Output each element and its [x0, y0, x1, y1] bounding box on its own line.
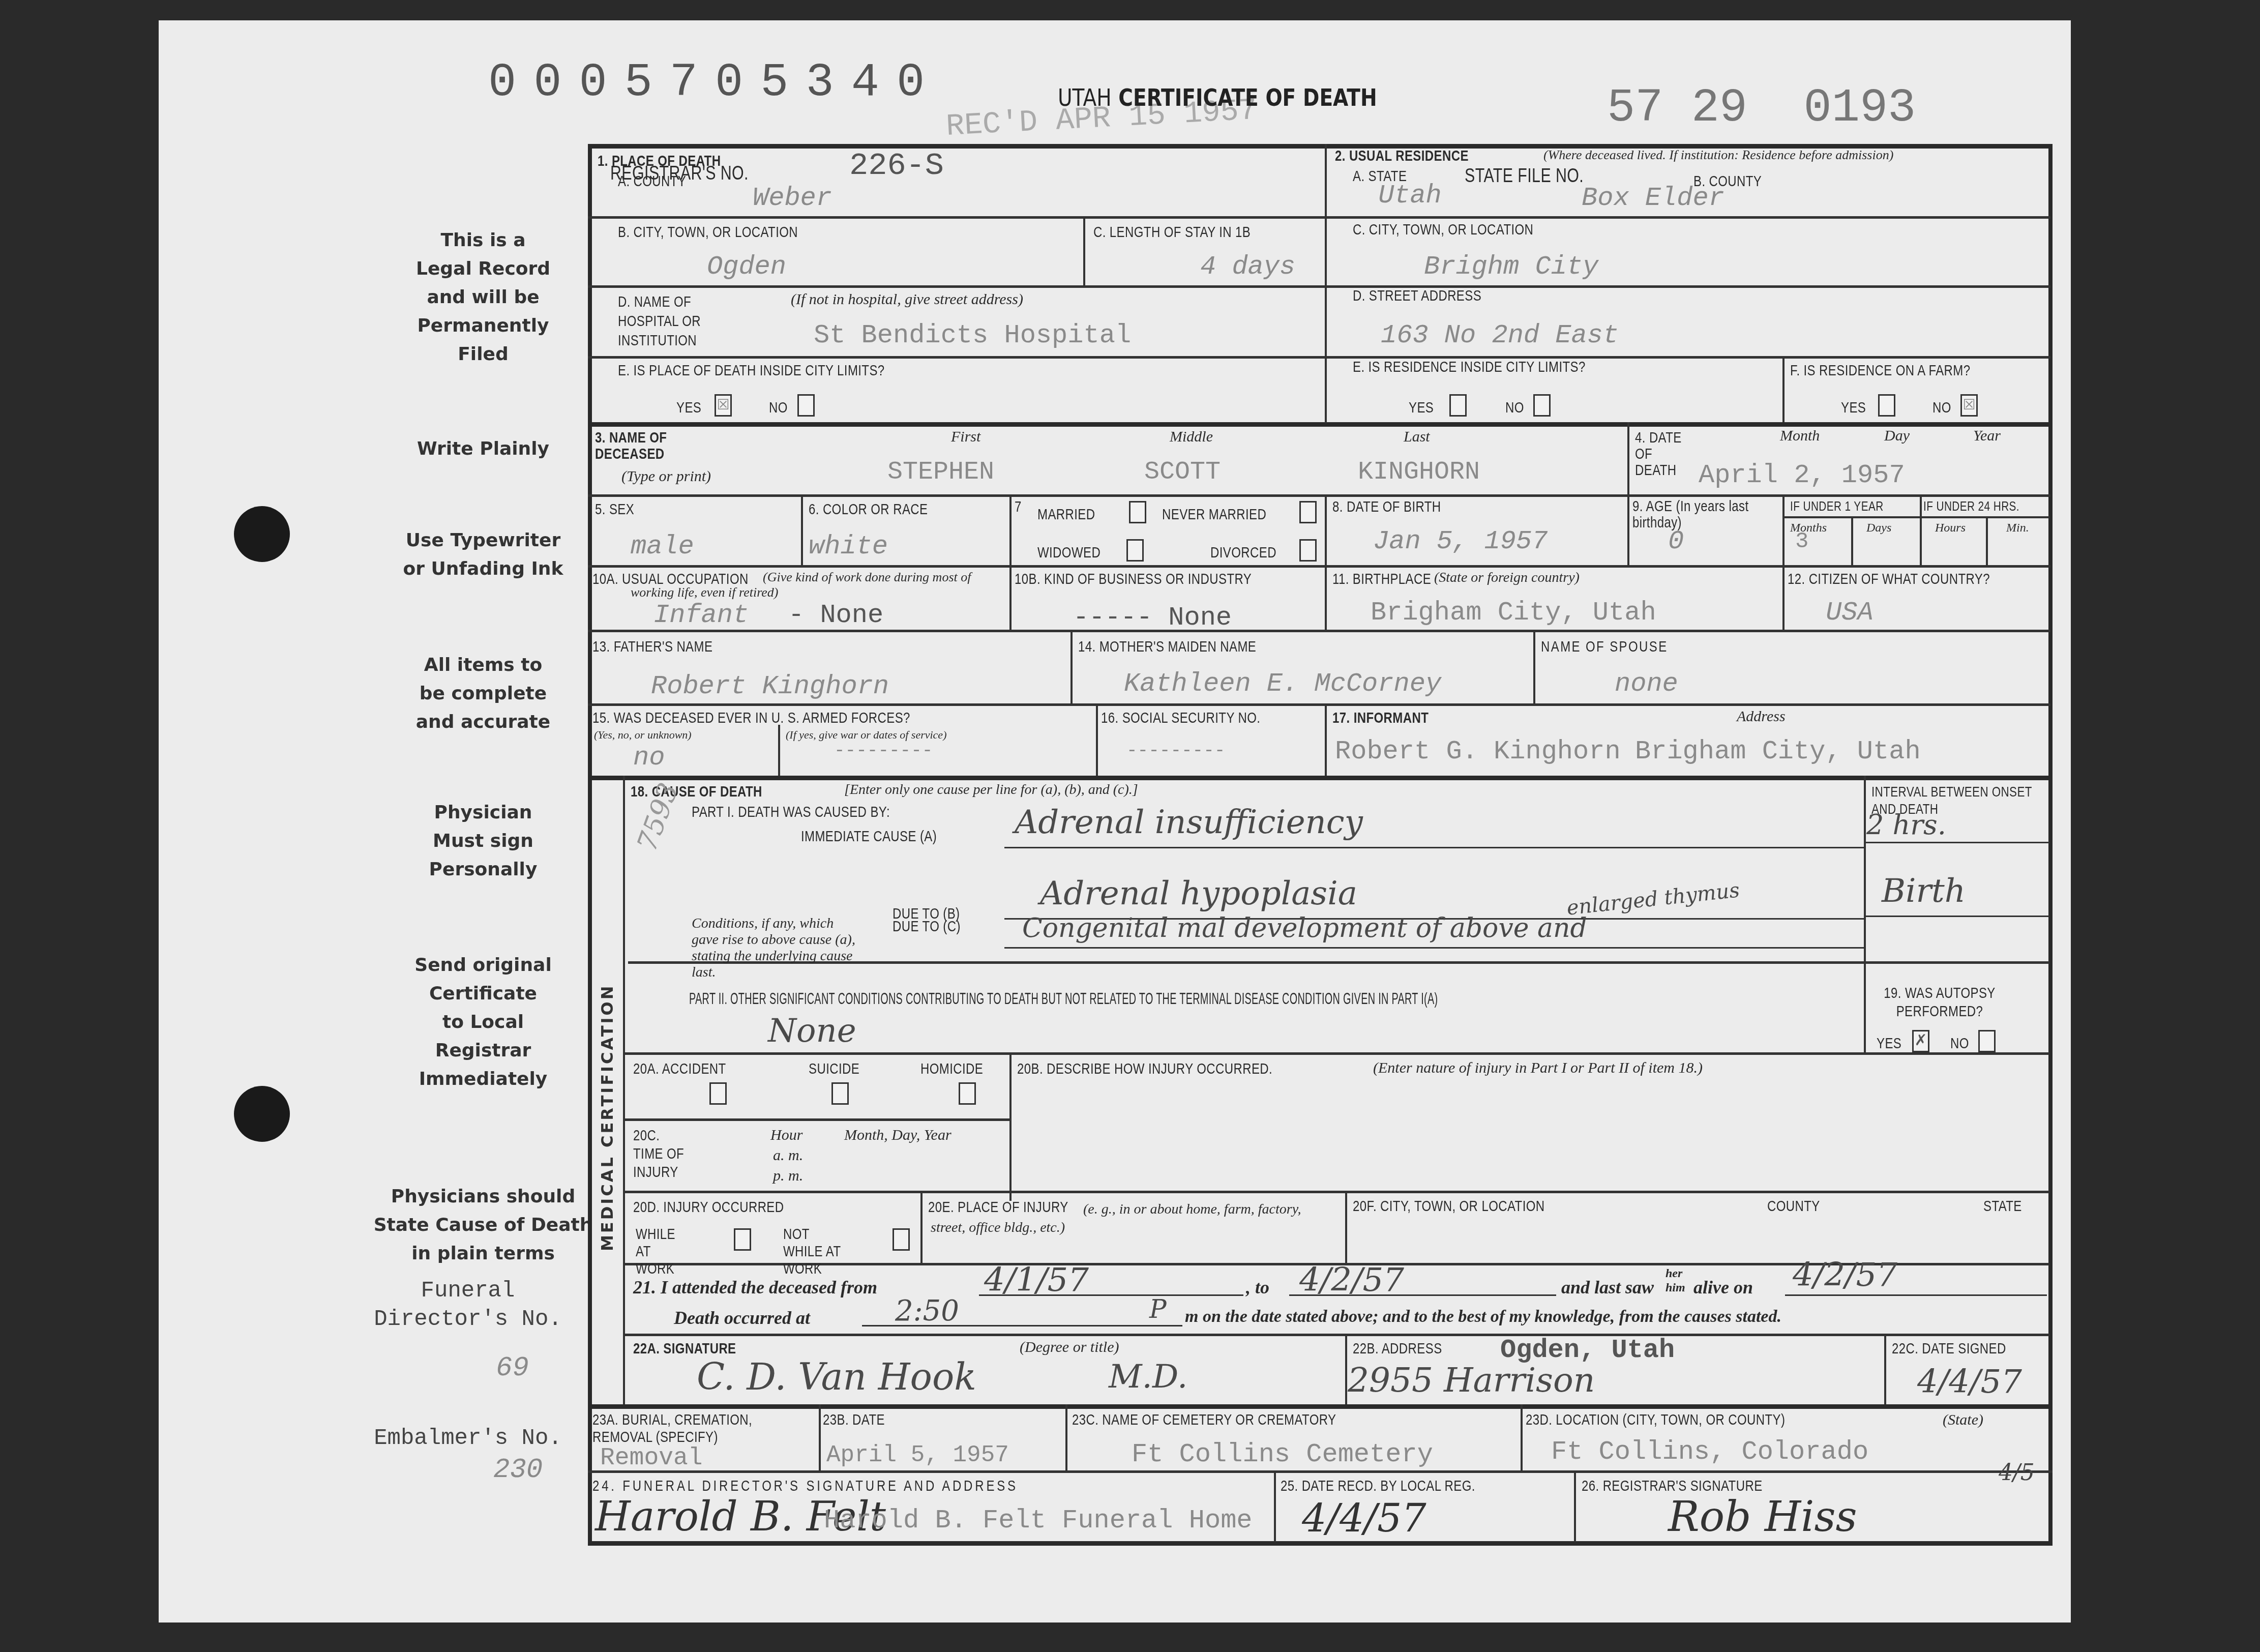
usual-residence-note: (Where deceased lived. If institution: R… — [1543, 147, 1893, 163]
informant-name: Robert G. Kinghorn — [1335, 736, 1621, 766]
am-label: a. m. — [773, 1147, 803, 1164]
ssn: --------- — [1126, 740, 1225, 761]
date-of-death-label: 4. DATE OF DEATH — [1635, 430, 1684, 479]
col-line — [1096, 703, 1098, 776]
part2-label: PART II. OTHER SIGNIFICANT CONDITIONS CO… — [689, 989, 1438, 1008]
place-of-death-label: 1. PLACE OF DEATH — [598, 153, 721, 169]
col-line — [1325, 144, 1327, 423]
col-line — [1533, 630, 1535, 703]
never-married-label: NEVER MARRIED — [1162, 506, 1266, 523]
inside-city-no-label: NO — [769, 399, 788, 417]
birthplace-label: 11. BIRTHPLACE — [1332, 571, 1431, 588]
col-line — [920, 1191, 923, 1263]
while-work-checkbox[interactable] — [734, 1228, 751, 1251]
under-24hr-label: IF UNDER 24 HRS. — [1923, 498, 2019, 514]
death-statement: m on the date stated above; and to the b… — [1185, 1307, 1781, 1326]
physician-signature: C. D. Van Hook — [697, 1355, 976, 1398]
interval-a: 2 hrs. — [1866, 809, 1946, 841]
row-line — [623, 1334, 2049, 1336]
punch-hole-top — [234, 506, 290, 562]
autopsy-label: 19. WAS AUTOPSY PERFORMED? — [1866, 984, 2013, 1021]
embalmer-no-label: Embalmer's No. — [366, 1424, 570, 1453]
title-main: CERTIFICATE OF DEATH — [1118, 84, 1377, 111]
deceased-middle: SCOTT — [1144, 458, 1221, 487]
cemetery: Ft Collins Cemetery — [1132, 1439, 1433, 1469]
attended-label: 21. I attended the deceased from — [633, 1277, 877, 1298]
divorced-checkbox[interactable] — [1299, 539, 1317, 562]
col-line — [1851, 516, 1853, 565]
col-line — [1920, 494, 1922, 565]
sex-label: 5. SEX — [595, 501, 634, 518]
row-line — [588, 565, 2050, 568]
accident-label: 20a. ACCIDENT — [633, 1060, 726, 1078]
spouse-label: NAME OF SPOUSE — [1541, 638, 1668, 656]
disposition-date-label: 23b. DATE — [823, 1411, 885, 1429]
widowed-label: WIDOWED — [1037, 544, 1101, 562]
res-inside-no-checkbox[interactable] — [1533, 394, 1551, 417]
deceased-last: KINGHORN — [1358, 458, 1480, 487]
married-label: MARRIED — [1037, 506, 1095, 523]
dob-label: 8. DATE OF BIRTH — [1332, 498, 1441, 516]
age-months: 3 — [1795, 529, 1808, 554]
age-label: 9. AGE (In years last birthday) — [1632, 498, 1750, 531]
col-line — [1009, 1052, 1012, 1201]
date-signed-label: 22c. DATE SIGNED — [1892, 1340, 2006, 1358]
race-label: 6. COLOR OR RACE — [809, 501, 928, 518]
hospital-name: St Bendicts Hospital — [814, 320, 1131, 350]
note-all-items: All items to be complete and accurate — [386, 651, 580, 736]
cemetery-label: 23c. NAME OF CEMETERY OR CREMATORY — [1072, 1411, 1336, 1429]
to-label: , to — [1246, 1277, 1269, 1298]
col-line — [1986, 516, 1988, 565]
col-line — [1864, 776, 1866, 1053]
medical-section-border — [623, 776, 625, 1406]
under-1yr-label: IF UNDER 1 YEAR — [1790, 498, 1884, 514]
date-signed: 4/4/57 — [1917, 1363, 2022, 1401]
pm-label: p. m. — [773, 1167, 803, 1185]
col-line — [1325, 703, 1327, 776]
note-physician-sign: Physician Must sign Personally — [386, 799, 580, 884]
autopsy-no-checkbox[interactable] — [1978, 1030, 1996, 1052]
col-line — [1782, 356, 1785, 422]
first-label: First — [951, 428, 980, 446]
middle-label: Middle — [1170, 428, 1213, 446]
registrar-note: 4/5 — [1999, 1460, 2035, 1486]
never-married-checkbox[interactable] — [1299, 501, 1317, 523]
note-write-plainly: Write Plainly — [386, 435, 580, 463]
farm-yes-label: YES — [1841, 399, 1866, 417]
res-inside-yes-checkbox[interactable] — [1449, 394, 1467, 417]
res-city: Brighm City — [1424, 252, 1598, 282]
row-line — [588, 216, 2050, 219]
occupation-note: (Give kind of work done during most of w… — [631, 570, 1007, 600]
row-line — [588, 1470, 2053, 1473]
recd-date: 4/4/57 — [1302, 1495, 1426, 1541]
place-injury-note: (e. g., in or about home, farm, factory,… — [931, 1200, 1337, 1237]
min-label: Min. — [2006, 521, 2029, 535]
last-saw-label: and last saw — [1561, 1277, 1654, 1298]
burial: Removal — [600, 1444, 703, 1472]
interval-b-underline — [1864, 916, 2049, 917]
armed-forces-label: 15. WAS DECEASED EVER IN U. S. ARMED FOR… — [592, 710, 910, 727]
widowed-checkbox[interactable] — [1126, 539, 1144, 562]
serial-number: 0005705340 — [488, 56, 942, 109]
form-bottom-border — [588, 1541, 2053, 1546]
marital-label: 7 — [1015, 498, 1022, 516]
stay-label: c. LENGTH OF STAY IN 1b — [1093, 224, 1251, 241]
state-file-value: 57 29 0193 — [1607, 81, 1916, 135]
informant-address: Brigham City, Utah — [1635, 736, 1921, 766]
name-note: (Type or print) — [621, 468, 711, 485]
not-while-work-checkbox[interactable] — [893, 1228, 910, 1251]
county-label: a. COUNTY — [618, 173, 686, 190]
death-ampm: P — [1149, 1294, 1167, 1324]
armed-dates: --------- — [834, 740, 933, 761]
mother-name: Kathleen E. McCorney — [1124, 669, 1441, 699]
business-label: 10b. KIND OF BUSINESS OR INDUSTRY — [1015, 571, 1252, 588]
address-label: 22b. ADDRESS — [1353, 1340, 1442, 1358]
col-line — [1884, 1334, 1886, 1404]
injury-city-label: 20f. CITY, TOWN, OR LOCATION — [1353, 1198, 1545, 1215]
inside-city-yes-checkbox[interactable]: ☒ — [715, 394, 732, 417]
row-line — [588, 776, 2050, 780]
registrar-signature: Rob Hiss — [1668, 1493, 1857, 1541]
cause-note: [Enter only one cause per line for (a), … — [844, 782, 1138, 798]
interval-b: Birth — [1882, 872, 1966, 910]
attended-from: 4/1/57 — [984, 1261, 1089, 1299]
col-line — [801, 494, 803, 565]
armed-note-yes-no: (Yes, no, or unknown) — [594, 728, 692, 742]
row-line — [588, 494, 2050, 497]
signature-label: 22a. SIGNATURE — [633, 1340, 736, 1357]
title-state: UTAH — [1058, 84, 1112, 111]
date-of-death: April 2, 1957 — [1699, 460, 1905, 490]
res-inside-no-label: NO — [1505, 399, 1524, 417]
col-line — [1345, 1334, 1347, 1404]
attended-to: 4/2/57 — [1299, 1261, 1404, 1299]
death-time: 2:50 — [895, 1294, 959, 1327]
farm-no-label: NO — [1932, 399, 1951, 417]
city-label: b. CITY, TOWN, OR LOCATION — [618, 224, 798, 241]
col-line — [1070, 630, 1073, 703]
funeral-director-no-label: Funeral Director's No. — [366, 1277, 570, 1334]
res-county: Box Elder — [1582, 183, 1724, 213]
usual-residence-label: 2. USUAL RESIDENCE — [1335, 147, 1469, 164]
row-line — [588, 356, 2050, 359]
degree-label: (Degree or title) — [1020, 1339, 1119, 1356]
injury-desc-label: 20b. DESCRIBE HOW INJURY OCCURRED. — [1017, 1060, 1272, 1078]
due-c-underline — [1004, 947, 1864, 949]
citizen-label: 12. CITIZEN OF WHAT COUNTRY? — [1788, 571, 1990, 588]
location-label: 23d. LOCATION (City, town, or county) — [1526, 1411, 1785, 1429]
autopsy-yes-checkbox[interactable]: ✗ — [1912, 1030, 1929, 1052]
day-label: Day — [1884, 427, 1910, 445]
note-physicians-cause: Physicians should State Cause of Death i… — [366, 1183, 600, 1268]
year-label: Year — [1973, 427, 2001, 445]
mdy-label: Month, Day, Year — [844, 1127, 951, 1144]
inside-city-yes-label: YES — [676, 399, 701, 417]
homicide-label: HOMICIDE — [920, 1060, 983, 1078]
row-line — [623, 1118, 1009, 1121]
due-c-label: DUE TO (c) — [893, 918, 961, 935]
inside-city-no-checkbox[interactable] — [797, 394, 815, 417]
note-send-original: Send original Certificate to Local Regis… — [386, 951, 580, 1094]
hours-label: Hours — [1935, 521, 1966, 535]
injury-desc-note: (Enter nature of injury in Part I or Par… — [1373, 1059, 1703, 1077]
injury-state-label: STATE — [1983, 1198, 2022, 1215]
res-state: Utah — [1378, 181, 1442, 211]
suicide-label: SUICIDE — [809, 1060, 859, 1078]
race: white — [809, 532, 888, 562]
disposition-date: April 5, 1957 — [826, 1442, 1009, 1468]
note-legal-record: This is a Legal Record and will be Perma… — [386, 226, 580, 369]
date-of-birth: Jan 5, 1957 — [1373, 526, 1548, 556]
immediate-label: IMMEDIATE CAUSE (a) — [801, 828, 937, 845]
col-line — [1325, 494, 1327, 630]
homicide-checkbox[interactable] — [959, 1082, 976, 1105]
occupation: Infant — [653, 600, 749, 630]
her-him: her him — [1666, 1266, 1685, 1295]
col-line — [819, 1404, 821, 1470]
citizen: USA — [1826, 598, 1874, 628]
ssn-label: 16. SOCIAL SECURITY NO. — [1101, 710, 1260, 727]
medical-certification-label: MEDICAL CERTIFICATION — [598, 984, 617, 1251]
last-seen-date: 4/2/57 — [1793, 1256, 1897, 1294]
autopsy-no-label: NO — [1950, 1035, 1969, 1052]
res-inside-yes-label: YES — [1409, 399, 1434, 417]
death-city: Ogden — [707, 252, 786, 282]
days-label: Days — [1866, 521, 1891, 535]
funeral-home: Harold B. Felt Funeral Home — [824, 1506, 1253, 1536]
row-line — [623, 1052, 2049, 1055]
note-use-typewriter: Use Typewriter or Unfading Ink — [386, 526, 580, 583]
due-to-c: Congenital mal development of above and — [1022, 913, 1587, 943]
age: 0 — [1668, 526, 1684, 556]
occupation-extra: - None — [788, 600, 883, 630]
not-while-work-label: NOT WHILE AT WORK — [783, 1226, 848, 1278]
autopsy-yes-label: YES — [1877, 1035, 1901, 1052]
business: ----- None — [1073, 603, 1232, 633]
state-label: (State) — [1943, 1411, 1983, 1429]
embalmer-no: 230 — [493, 1455, 543, 1486]
punch-hole-bottom — [234, 1086, 290, 1142]
mother-label: 14. MOTHER'S MAIDEN NAME — [1078, 638, 1256, 656]
father-name: Robert Kinghorn — [651, 671, 889, 701]
immediate-cause: Adrenal insufficiency — [1015, 804, 1363, 841]
form-left-border — [588, 144, 592, 1544]
address-handwritten: 2955 Harrison — [1348, 1361, 1595, 1400]
deceased-first: STEPHEN — [887, 458, 994, 487]
res-street-label: d. STREET ADDRESS — [1353, 287, 1481, 305]
name-of-deceased-label: 3. NAME OF DECEASED — [595, 429, 667, 462]
farm-no-checkbox[interactable]: ☒ — [1960, 394, 1978, 417]
death-county: Weber — [753, 183, 832, 213]
row-line — [588, 703, 2050, 706]
inside-city-label: e. IS PLACE OF DEATH INSIDE CITY LIMITS? — [618, 362, 885, 379]
funeral-director-no: 69 — [496, 1353, 529, 1384]
armed-forces: no — [633, 743, 665, 773]
while-work-label: WHILE AT WORK — [636, 1226, 693, 1278]
burial-label: 23a. BURIAL, CREMATION, REMOVAL (Specify… — [592, 1411, 771, 1446]
col-line — [1521, 1404, 1523, 1470]
alive-on-label: alive on — [1693, 1277, 1753, 1298]
row-line — [623, 1191, 2049, 1193]
row-line — [588, 1404, 2053, 1409]
location: Ft Collins, Colorado — [1551, 1437, 1868, 1467]
death-occurred-label: Death occurred at — [674, 1307, 810, 1329]
birthplace: Brigham City, Utah — [1371, 598, 1656, 628]
col-line — [1083, 216, 1085, 285]
state-file-label: STATE FILE NO. — [1465, 165, 1584, 187]
birthplace-label-text: 11. BIRTHPLACE — [1332, 571, 1431, 587]
birthplace-note: (State or foreign country) — [1434, 570, 1580, 586]
interval-a-underline — [1864, 842, 2049, 843]
res-street: 163 No 2nd East — [1381, 320, 1619, 350]
farm-label: f. IS RESIDENCE ON A FARM? — [1790, 362, 1970, 379]
immediate-underline — [1004, 847, 1864, 848]
married-checkbox[interactable] — [1129, 501, 1146, 523]
injury-occurred-label: 20d. INJURY OCCURRED — [633, 1199, 784, 1216]
spouse: none — [1615, 669, 1678, 699]
hour-label: Hour — [770, 1127, 802, 1144]
col-line — [1345, 1191, 1347, 1263]
part1-label: PART I. DEATH WAS CAUSED BY: — [692, 804, 890, 821]
recd-label: 25. DATE RECD. BY LOCAL REG. — [1281, 1478, 1475, 1495]
registrars-no-value: 226-S — [849, 147, 944, 184]
hospital-note: (If not in hospital, give street address… — [791, 291, 1023, 308]
col-line — [1782, 494, 1785, 630]
row-line — [588, 422, 2050, 427]
length-of-stay: 4 days — [1200, 252, 1295, 282]
hospital-label: d. NAME OF HOSPITAL OR INSTITUTION — [618, 292, 703, 350]
col-line — [1627, 422, 1629, 565]
funeral-director-label: 24. FUNERAL DIRECTOR'S SIGNATURE AND ADD… — [592, 1478, 1018, 1495]
certificate-title: UTAH CERTIFICATE OF DEATH — [1058, 84, 1377, 111]
col-line — [778, 725, 780, 776]
last-label: Last — [1404, 428, 1430, 446]
col-line — [1574, 1470, 1576, 1542]
physician-degree: M.D. — [1109, 1358, 1187, 1396]
row-line — [588, 285, 2050, 288]
registrar-sig-label: 26. REGISTRAR'S SIGNATURE — [1582, 1478, 1763, 1495]
divorced-label: DIVORCED — [1210, 544, 1276, 562]
suicide-checkbox[interactable] — [831, 1082, 849, 1105]
col-line — [1065, 1404, 1067, 1470]
last-seen-underline — [1785, 1294, 2047, 1296]
row-line — [1782, 516, 2049, 518]
conditions-note: Conditions, if any, which gave rise to a… — [692, 916, 859, 981]
sex: male — [631, 532, 694, 562]
res-city-label: c. CITY, TOWN, OR LOCATION — [1353, 221, 1533, 239]
col-line — [1009, 494, 1012, 630]
informant-address-label: Address — [1737, 708, 1786, 725]
time-injury-label: 20c. TIME OF INJURY — [633, 1127, 690, 1182]
injury-county-label: COUNTY — [1767, 1198, 1820, 1215]
res-inside-city-label: e. IS RESIDENCE INSIDE CITY LIMITS? — [1353, 359, 1586, 376]
col-line — [1274, 1470, 1276, 1542]
month-label: Month — [1780, 427, 1820, 445]
informant-label: 17. INFORMANT — [1332, 710, 1429, 726]
farm-yes-checkbox[interactable] — [1878, 394, 1895, 417]
father-label: 13. FATHER'S NAME — [592, 638, 712, 656]
accident-checkbox[interactable] — [709, 1082, 727, 1105]
due-to-b: Adrenal hypoplasia — [1040, 875, 1357, 912]
part2: None — [768, 1012, 856, 1050]
